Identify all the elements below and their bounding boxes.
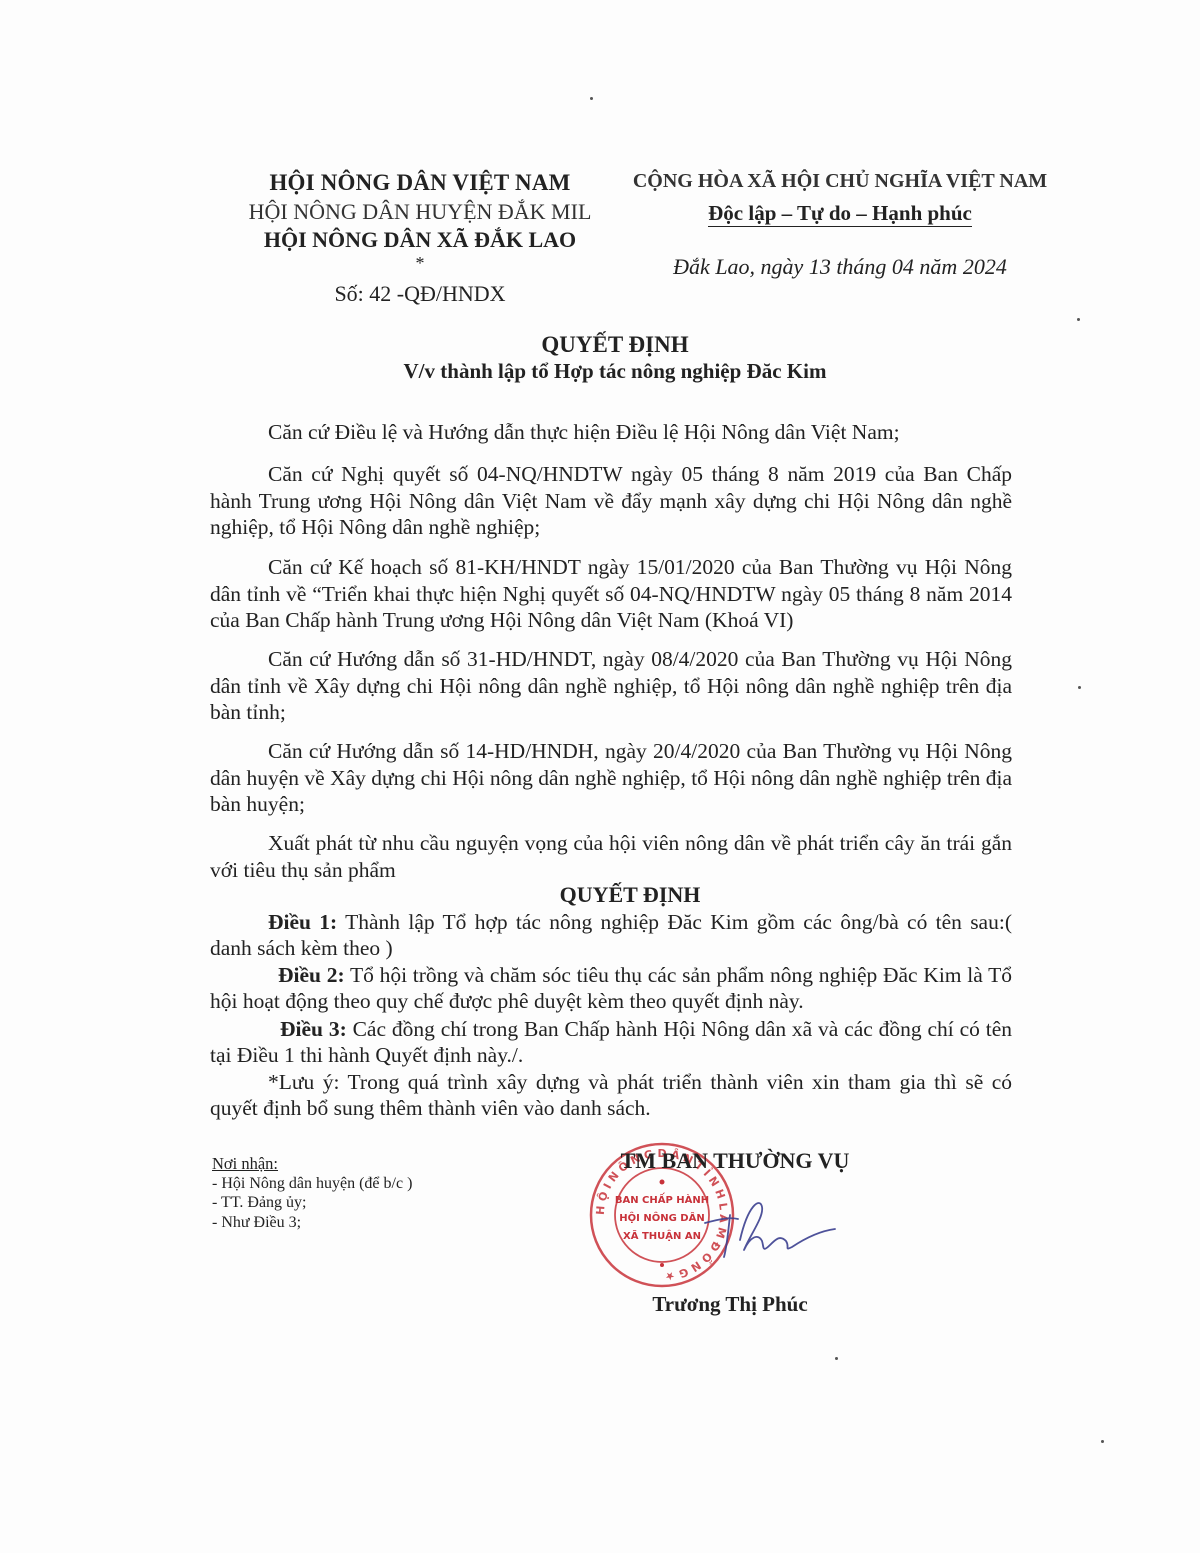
article-1: Điều 1: Thành lập Tổ hợp tác nông nghiệp… — [210, 909, 1012, 961]
note-paragraph: *Lưu ý: Trong quá trình xây dựng và phát… — [210, 1069, 1012, 1121]
document-number: Số: 42 -QĐ/HNDX — [220, 281, 620, 307]
date-line: Đắk Lao, ngày 13 tháng 04 năm 2024 — [630, 254, 1050, 280]
article-label: Điều 2: — [278, 963, 345, 987]
document-page: HỘI NÔNG DÂN VIỆT NAM HỘI NÔNG DÂN HUYỆN… — [0, 0, 1200, 1553]
scan-speck — [590, 97, 593, 100]
recipients-block: Nơi nhận: - Hội Nông dân huyện (để b/c )… — [212, 1154, 412, 1232]
signer-name: Trương Thị Phúc — [600, 1292, 860, 1317]
preamble-paragraph: Căn cứ Nghị quyết số 04-NQ/HNDTW ngày 05… — [210, 461, 1012, 541]
article-label: Điều 1: — [268, 910, 337, 934]
preamble-paragraph: Xuất phát từ nhu cầu nguyện vọng của hội… — [210, 830, 1012, 883]
preamble-paragraph: Căn cứ Hướng dẫn số 31-HD/HNDT, ngày 08/… — [210, 646, 1012, 726]
preamble-paragraph: Căn cứ Hướng dẫn số 14-HD/HNDH, ngày 20/… — [210, 738, 1012, 818]
nation-name: CỘNG HÒA XÃ HỘI CHỦ NGHĨA VIỆT NAM — [630, 170, 1050, 193]
org-district: HỘI NÔNG DÂN HUYỆN ĐẮK MIL — [220, 199, 620, 225]
svg-text:HỘI NÔNG DÂN: HỘI NÔNG DÂN — [619, 1211, 704, 1224]
recipient-item: - Hội Nông dân huyện (để b/c ) — [212, 1174, 412, 1194]
scan-speck — [1077, 318, 1080, 321]
signature-title: TM BAN THƯỜNG VỤ — [600, 1148, 870, 1174]
scan-speck — [1101, 1440, 1104, 1443]
scan-speck — [1078, 686, 1081, 689]
article-3: Điều 3: Các đồng chí trong Ban Chấp hành… — [210, 1016, 1012, 1068]
handwritten-signature-icon — [700, 1195, 840, 1265]
org-national: HỘI NÔNG DÂN VIỆT NAM — [220, 170, 620, 196]
org-commune: HỘI NÔNG DÂN XÃ ĐẮK LAO — [220, 227, 620, 253]
preamble-paragraph: Căn cứ Điều lệ và Hướng dẫn thực hiện Đi… — [210, 419, 1012, 446]
document-title: QUYẾT ĐỊNH — [200, 332, 1030, 358]
article-label: Điều 3: — [280, 1017, 347, 1041]
recipient-item: - TT. Đảng ủy; — [212, 1193, 412, 1213]
decision-heading: QUYẾT ĐỊNH — [200, 882, 1060, 908]
recipients-title: Nơi nhận: — [212, 1154, 412, 1174]
national-motto: Độc lập – Tự do – Hạnh phúc — [630, 201, 1050, 226]
svg-text:BAN CHẤP HÀNH: BAN CHẤP HÀNH — [615, 1191, 709, 1206]
scan-speck — [835, 1357, 838, 1360]
preamble-paragraph: Căn cứ Kế hoạch số 81-KH/HNDT ngày 15/01… — [210, 554, 1012, 634]
svg-text:XÃ THUẬN AN: XÃ THUẬN AN — [623, 1229, 701, 1242]
header-separator: * — [220, 253, 620, 274]
article-2: Điều 2: Tổ hội trồng và chăm sóc tiêu th… — [210, 962, 1012, 1014]
motto-text: Độc lập – Tự do – Hạnh phúc — [708, 201, 972, 227]
document-subject: V/v thành lập tổ Hợp tác nông nghiệp Đăc… — [200, 359, 1030, 384]
recipient-item: - Như Điều 3; — [212, 1213, 412, 1233]
